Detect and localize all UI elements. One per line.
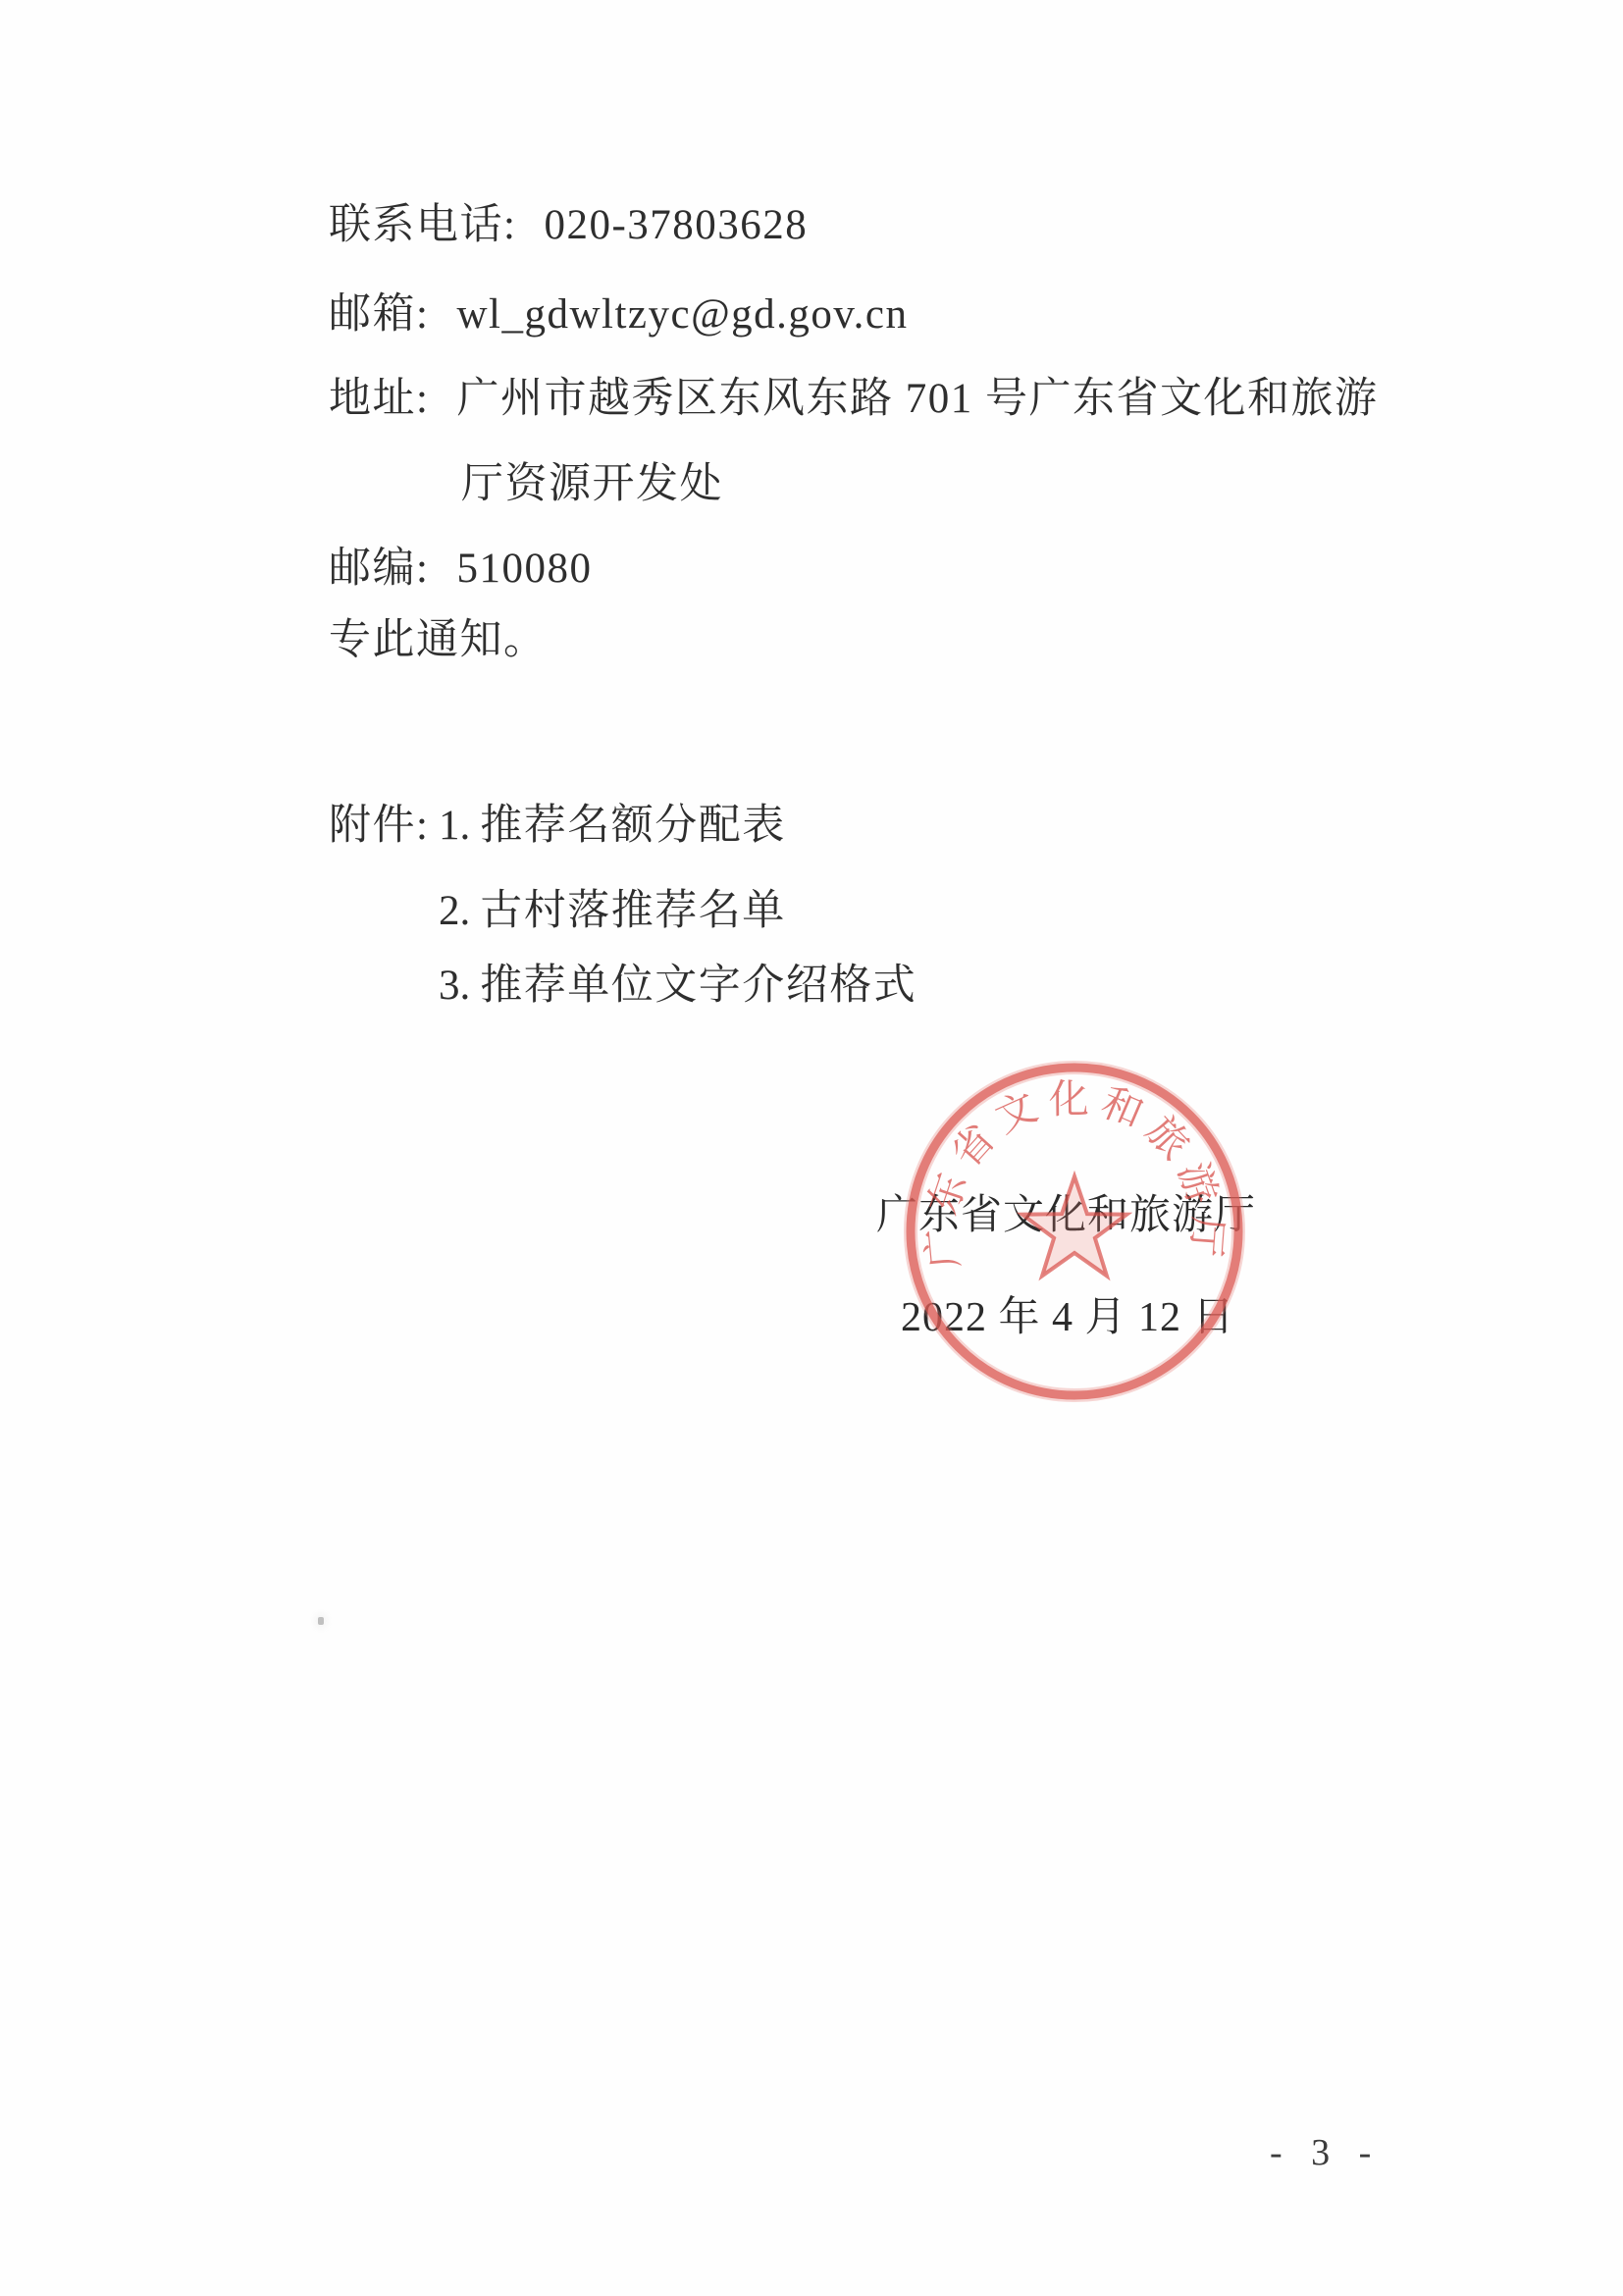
attachment-text-2: 古村落推荐名单 [480, 888, 786, 934]
notice-close-line: 专此通知。 [329, 617, 548, 664]
notice-close-text: 专此通知。 [329, 617, 548, 663]
document-page: 联系电话:020-37803628 邮箱:wl_gdwltzyc@gd.gov.… [0, 0, 1623, 2296]
address-line-1: 地址:广州市越秀区东风东路 701 号广东省文化和旅游 [329, 376, 1378, 423]
attachment-num-2: 2. [439, 888, 470, 934]
attachment-text-3: 推荐单位文字介绍格式 [480, 963, 916, 1009]
postcode-line: 邮编:510080 [329, 546, 592, 593]
email-label: 邮箱: [329, 291, 429, 338]
attachment-item-2: 2.古村落推荐名单 [439, 888, 786, 935]
seal-text: 广东省文化和旅游厅 [917, 1076, 1230, 1271]
address-label: 地址: [329, 376, 429, 422]
phone-value: 020-37803628 [544, 202, 808, 248]
address-value-2: 厅资源开发处 [461, 461, 723, 507]
page-number: - 3 - [1270, 2131, 1381, 2174]
phone-label: 联系电话: [329, 202, 516, 248]
phone-line: 联系电话:020-37803628 [329, 202, 808, 249]
scan-speck [318, 1617, 324, 1625]
attachments-label: 附件: [329, 803, 429, 850]
email-line: 邮箱:wl_gdwltzyc@gd.gov.cn [329, 291, 908, 339]
seal-arc-text: 广东省文化和旅游厅 [917, 1076, 1230, 1271]
address-line-2: 厅资源开发处 [461, 461, 723, 508]
attachment-item-1: 1.推荐名额分配表 [439, 803, 786, 850]
postcode-value: 510080 [456, 546, 592, 592]
address-value-1: 广州市越秀区东风东路 701 号广东省文化和旅游 [456, 376, 1378, 422]
issue-date: 2022 年 4 月 12 日 [901, 1295, 1235, 1340]
attachment-num-3: 3. [439, 963, 470, 1009]
issuer-signature: 广东省文化和旅游厅 [876, 1193, 1256, 1238]
postcode-label: 邮编: [329, 546, 429, 592]
attachment-text-1: 推荐名额分配表 [480, 803, 786, 849]
attachment-num-1: 1. [439, 803, 470, 849]
email-value: wl_gdwltzyc@gd.gov.cn [456, 291, 908, 338]
attachment-item-3: 3.推荐单位文字介绍格式 [439, 963, 916, 1010]
